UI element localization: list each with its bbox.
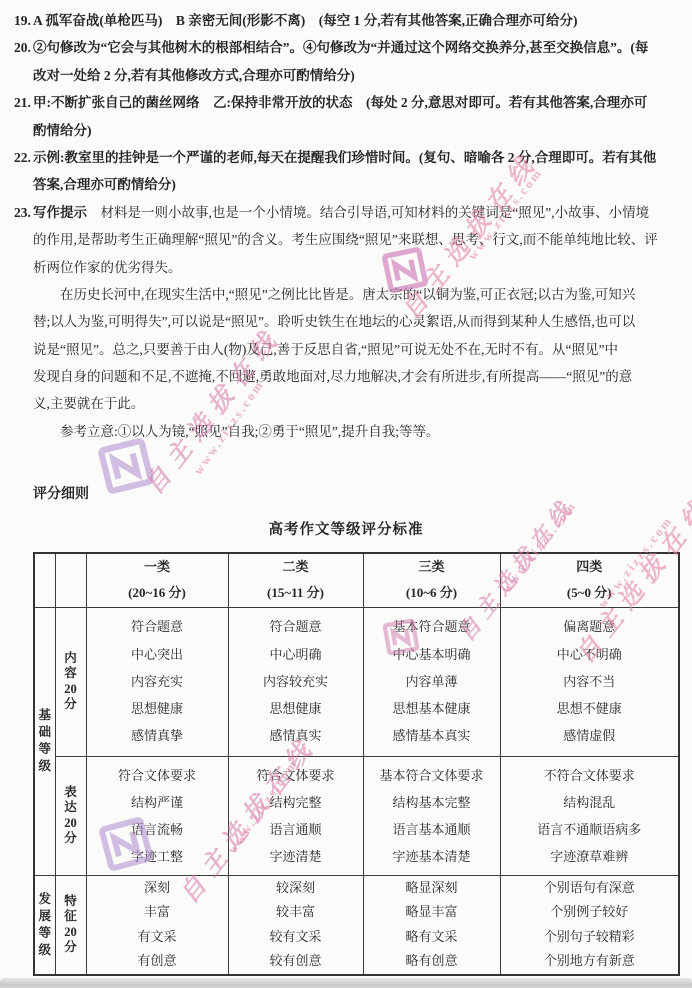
class-name: 四类 [501, 554, 679, 580]
subcategory-char: 分 [56, 697, 86, 713]
rubric-cell-line: 内容单薄 [364, 668, 500, 695]
rubric-cell-line: 内容充实 [87, 668, 228, 695]
answer-line: 23.写作提示 材料是一则小故事,也是一个小情境。结合引导语,可知材料的关键词是… [14, 199, 682, 226]
answer-lead: 写作提示 [33, 205, 87, 220]
category-char: 基 [35, 707, 55, 724]
rubric-cell-line: 结构混乱 [501, 789, 679, 816]
rubric-cell-line: 感情基本真实 [364, 722, 500, 749]
subcategory-char: 分 [56, 831, 86, 847]
answer-line: 说是“照见”。总之,只要善于由人(物)及己,善于反思自省,“照见”可说无处不在,… [14, 336, 682, 363]
answer-text: 示例:教室里的挂钟是一个严谨的老师,每天在提醒我们珍惜时间。(复句、暗喻各 2 … [33, 150, 656, 165]
category-char: 发 [35, 891, 55, 908]
rubric-cell: 符合文体要求结构严谨语言流畅字迹工整 [86, 756, 228, 875]
rubric-cell-line: 感情真挚 [87, 722, 228, 749]
rubric-cell: 基本符合题意中心基本明确内容单薄思想基本健康感情基本真实 [363, 607, 500, 756]
subcategory-char: 20 [56, 925, 86, 941]
answer-text: 答案,合理亦可酌情给分) [33, 177, 176, 192]
rubric-cell-line: 丰富 [87, 900, 228, 925]
rubric-subcategory-cell: 表达20分 [55, 756, 86, 875]
subcategory-char: 分 [56, 940, 86, 956]
answer-text: 在历史长河中,在现实生活中,“照见”之例比比皆是。唐太宗的“以铜为鉴,可正衣冠;… [33, 287, 635, 302]
class-name: 一类 [87, 554, 228, 580]
rubric-cell-line: 个别地方有新意 [501, 949, 679, 974]
rubric-cell-line: 基本符合题意 [364, 613, 500, 640]
rubric-cell: 基本符合文体要求结构基本完整语言基本通顺字迹基本清楚 [363, 756, 500, 875]
section-label: 评分细则 [33, 483, 89, 503]
subcategory-label: 特征20分 [56, 894, 86, 956]
rubric-cell-line: 结构基本完整 [364, 789, 500, 816]
rubric-cell-line: 符合文体要求 [87, 762, 228, 789]
rubric-cell-line: 思想基本健康 [364, 695, 500, 722]
rubric-cell: 个别语句有深意个别例子较好个别句子较精彩个别地方有新意 [500, 875, 679, 975]
answer-line: 的作用,是帮助考生正确理解“照见”的含义。考生应围绕“照见”来联想、思考、行文,… [14, 226, 682, 253]
answer-text: 参考立意:①以人为镜,“照见”自我;②勇于“照见”,提升自我;等等。 [33, 424, 439, 439]
subcategory-label: 内容20分 [56, 651, 86, 713]
answer-line: 替;以人为鉴,可明得失”,可以说是“照见”。聆听史铁生在地坛的心灵絮语,从而得到… [14, 308, 682, 335]
rubric-cell-line: 字迹基本清楚 [364, 843, 500, 870]
answer-line: 改对一处给 2 分,若有其他修改方式,合理亦可酌情给分) [14, 62, 682, 89]
rubric-cell: 符合文体要求结构完整语言通顺字迹清楚 [228, 756, 363, 875]
answer-line: 答案,合理亦可酌情给分) [14, 171, 682, 198]
answer-number: 19. [14, 7, 31, 34]
class-range: (15~11 分) [229, 580, 363, 606]
rubric-cell-line: 不符合文体要求 [501, 762, 679, 789]
category-char: 础 [35, 724, 55, 741]
rubric-cell: 深刻丰富有文采有创意 [86, 875, 228, 975]
rubric-subcategory-cell: 特征20分 [55, 875, 86, 975]
rubric-table-body: 一类(20~16 分)二类(15~11 分)三类(10~6 分)四类(5~0 分… [34, 553, 679, 975]
rubric-cell-line: 语言通顺 [229, 816, 363, 843]
rubric-cell-line: 符合文体要求 [229, 762, 363, 789]
class-range: (10~6 分) [364, 580, 500, 606]
category-char: 级 [35, 758, 55, 775]
answer-text: 说是“照见”。总之,只要善于由人(物)及己,善于反思自省,“照见”可说无处不在,… [33, 342, 618, 357]
rubric-cell-line: 中心基本明确 [364, 641, 500, 668]
answer-line: 参考立意:①以人为镜,“照见”自我;②勇于“照见”,提升自我;等等。 [14, 418, 682, 445]
rubric-cell-line: 个别例子较好 [501, 900, 679, 925]
class-range: (20~16 分) [87, 580, 228, 606]
rubric-cell-line: 思想健康 [87, 695, 228, 722]
answer-line: 在历史长河中,在现实生活中,“照见”之例比比皆是。唐太宗的“以铜为鉴,可正衣冠;… [14, 281, 682, 308]
rubric-cell-line: 结构严谨 [87, 789, 228, 816]
rubric-cell-line: 偏离题意 [501, 613, 679, 640]
class-name: 三类 [364, 554, 500, 580]
subcategory-char: 20 [56, 816, 86, 832]
rubric-cell-line: 内容较充实 [229, 668, 363, 695]
rubric-category-cell: 发展等级 [34, 875, 55, 975]
answer-text: A 孤军奋战(单枪匹马) B 亲密无间(形影不离) (每空 1 分,若有其他答案… [33, 13, 577, 28]
answer-text: 酌情给分) [33, 123, 92, 138]
rubric-cell-line: 内容不当 [501, 668, 679, 695]
rubric-corner-cell [34, 553, 55, 607]
rubric-class-header: 一类(20~16 分) [86, 553, 228, 607]
answer-text: 发现自身的问题和不足,不遮掩,不回避,勇敢地面对,尽力地解决,才会有所进步,有所… [33, 369, 632, 384]
rubric-row: 基础等级内容20分符合题意中心突出内容充实思想健康感情真挚符合题意中心明确内容较… [34, 607, 679, 756]
answer-line: 20.②句修改为“它会与其他树木的根部相结合”。④句修改为“并通过这个网络交换养… [14, 34, 682, 61]
rubric-cell-line: 略有文采 [364, 925, 500, 950]
rubric-category-cell: 基础等级 [34, 607, 55, 875]
subcategory-char: 征 [56, 909, 86, 925]
subcategory-char: 容 [56, 666, 86, 682]
answer-text: ②句修改为“它会与其他树木的根部相结合”。④句修改为“并通过这个网络交换养分,甚… [33, 40, 648, 55]
answer-lines: 19.A 孤军奋战(单枪匹马) B 亲密无间(形影不离) (每空 1 分,若有其… [14, 7, 682, 445]
rubric-class-header: 三类(10~6 分) [363, 553, 500, 607]
answer-text: 改对一处给 2 分,若有其他修改方式,合理亦可酌情给分) [33, 68, 355, 83]
rubric-header-row: 一类(20~16 分)二类(15~11 分)三类(10~6 分)四类(5~0 分… [34, 553, 679, 607]
subcategory-char: 特 [56, 894, 86, 910]
answer-text: 替;以人为鉴,可明得失”,可以说是“照见”。聆听史铁生在地坛的心灵絮语,从而得到… [33, 314, 635, 329]
answer-text: 甲:不断扩张自己的菌丝网络 乙:保持非常开放的状态 (每处 2 分,意思对即可。… [33, 95, 647, 110]
rubric-cell-line: 略显丰富 [364, 900, 500, 925]
rubric-cell-line: 有文采 [87, 925, 228, 950]
class-range: (5~0 分) [501, 580, 679, 606]
answer-line: 析两位作家的优劣得失。 [14, 254, 682, 281]
rubric-cell-line: 略有创意 [364, 949, 500, 974]
rubric-class-header: 二类(15~11 分) [228, 553, 363, 607]
answer-text: 写作提示 材料是一则小故事,也是一个小情境。结合引导语,可知材料的关键词是“照见… [33, 205, 649, 220]
answer-number: 21. [14, 89, 31, 116]
rubric-cell-line: 字迹潦草难辨 [501, 843, 679, 870]
rubric-row: 发展等级特征20分深刻丰富有文采有创意较深刻较丰富较有文采较有创意略显深刻略显丰… [34, 875, 679, 975]
answer-line: 义,主要就在于此。 [14, 390, 682, 417]
category-label: 发展等级 [35, 891, 55, 959]
answer-line: 22.示例:教室里的挂钟是一个严谨的老师,每天在提醒我们珍惜时间。(复句、暗喻各… [14, 144, 682, 171]
category-char: 等 [35, 925, 55, 942]
rubric-cell-line: 较有创意 [229, 949, 363, 974]
scan-edge-band [0, 978, 692, 988]
rubric-cell: 不符合文体要求结构混乱语言不通顺语病多字迹潦草难辨 [500, 756, 679, 875]
rubric-cell-line: 字迹清楚 [229, 843, 363, 870]
subcategory-char: 表 [56, 785, 86, 801]
category-char: 展 [35, 908, 55, 925]
rubric-cell-line: 个别语句有深意 [501, 876, 679, 901]
rubric-cell-line: 感情虚假 [501, 722, 679, 749]
rubric-cell-line: 字迹工整 [87, 843, 228, 870]
rubric-cell-line: 思想健康 [229, 695, 363, 722]
answer-line: 19.A 孤军奋战(单枪匹马) B 亲密无间(形影不离) (每空 1 分,若有其… [14, 7, 682, 34]
answer-number: 23. [14, 199, 31, 226]
rubric-cell-line: 较深刻 [229, 876, 363, 901]
subcategory-char: 内 [56, 651, 86, 667]
class-name: 二类 [229, 554, 363, 580]
rubric-cell-line: 感情真实 [229, 722, 363, 749]
rubric-cell-line: 思想不健康 [501, 695, 679, 722]
rubric-cell-line: 中心突出 [87, 641, 228, 668]
rubric-corner-cell [55, 553, 86, 607]
rubric-class-header: 四类(5~0 分) [500, 553, 679, 607]
rubric-cell-line: 中心不明确 [501, 641, 679, 668]
rubric-cell-line: 结构完整 [229, 789, 363, 816]
rubric-cell-line: 略显深刻 [364, 876, 500, 901]
rubric-cell: 符合题意中心突出内容充实思想健康感情真挚 [86, 607, 228, 756]
subcategory-char: 20 [56, 682, 86, 698]
rubric-cell-line: 个别句子较精彩 [501, 925, 679, 950]
category-char: 级 [35, 942, 55, 959]
rubric-cell: 偏离题意中心不明确内容不当思想不健康感情虚假 [500, 607, 679, 756]
answer-text: 的作用,是帮助考生正确理解“照见”的含义。考生应围绕“照见”来联想、思考、行文,… [33, 232, 658, 247]
subcategory-char: 达 [56, 800, 86, 816]
rubric-cell-line: 符合题意 [87, 613, 228, 640]
rubric-cell-line: 符合题意 [229, 613, 363, 640]
answer-line: 发现自身的问题和不足,不遮掩,不回避,勇敢地面对,尽力地解决,才会有所进步,有所… [14, 363, 682, 390]
rubric-cell-line: 较有文采 [229, 925, 363, 950]
subcategory-label: 表达20分 [56, 785, 86, 847]
rubric-cell-line: 语言基本通顺 [364, 816, 500, 843]
answer-line: 21.甲:不断扩张自己的菌丝网络 乙:保持非常开放的状态 (每处 2 分,意思对… [14, 89, 682, 116]
rubric-cell: 较深刻较丰富较有文采较有创意 [228, 875, 363, 975]
rubric-cell-line: 深刻 [87, 876, 228, 901]
rubric-cell-line: 语言不通顺语病多 [501, 816, 679, 843]
essay-grading-rubric-table: 一类(20~16 分)二类(15~11 分)三类(10~6 分)四类(5~0 分… [33, 552, 680, 976]
answer-text: 析两位作家的优劣得失。 [33, 260, 182, 275]
category-char: 等 [35, 741, 55, 758]
rubric-subcategory-cell: 内容20分 [55, 607, 86, 756]
rubric-cell-line: 语言流畅 [87, 816, 228, 843]
rubric-cell-line: 有创意 [87, 949, 228, 974]
rubric-table-title: 高考作文等级评分标准 [0, 518, 692, 539]
category-label: 基础等级 [35, 707, 55, 775]
rubric-cell-line: 较丰富 [229, 900, 363, 925]
rubric-cell: 略显深刻略显丰富略有文采略有创意 [363, 875, 500, 975]
rubric-cell-line: 基本符合文体要求 [364, 762, 500, 789]
answer-text: 义,主要就在于此。 [33, 396, 144, 411]
rubric-row: 表达20分符合文体要求结构严谨语言流畅字迹工整符合文体要求结构完整语言通顺字迹清… [34, 756, 679, 875]
answer-line: 酌情给分) [14, 117, 682, 144]
answer-number: 22. [14, 144, 31, 171]
answer-number: 20. [14, 34, 31, 61]
rubric-cell: 符合题意中心明确内容较充实思想健康感情真实 [228, 607, 363, 756]
rubric-cell-line: 中心明确 [229, 641, 363, 668]
